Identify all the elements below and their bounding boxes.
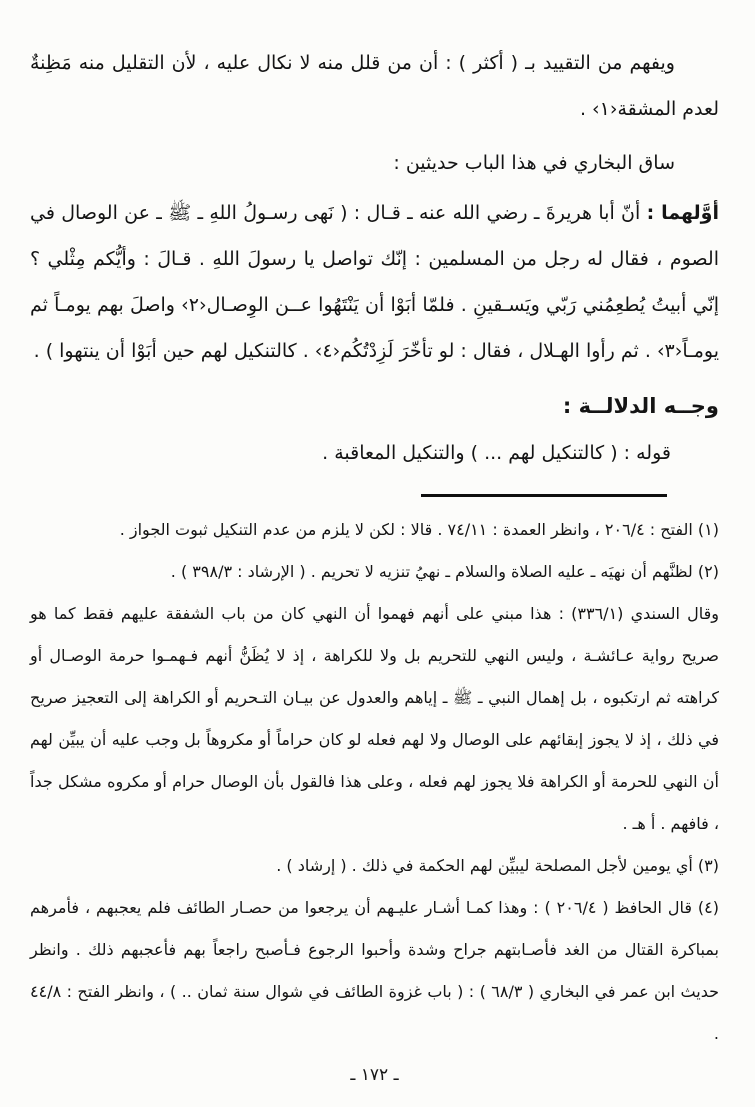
paragraph-dalalah: قوله : ( كالتنكيل لهم ... ) والتنكيل الم… bbox=[30, 430, 719, 476]
footnote-3: (٣) أي يومين لأجل المصلحة ليبيِّن لهم ال… bbox=[30, 845, 719, 887]
footnote-4-marker: (٤) bbox=[698, 898, 719, 917]
book-page: ويفهم من التقييد بـ ( أكثر ) : أن من قلل… bbox=[0, 0, 755, 1107]
main-text: ويفهم من التقييد بـ ( أكثر ) : أن من قلل… bbox=[30, 40, 719, 476]
footnote-sindi-text: وقال السندي (٣٣٦/١) : هذا مبني على أنهم … bbox=[30, 604, 719, 833]
footnote-2-marker: (٢) bbox=[698, 562, 719, 581]
footnote-2-text: لظنَّهم أن نهيَه ـ عليه الصلاة والسلام ـ… bbox=[171, 562, 693, 581]
footnote-separator-rule bbox=[421, 494, 667, 497]
hadith-lead-word: أوَّلهما : bbox=[647, 202, 719, 224]
footnote-2: (٢) لظنَّهم أن نهيَه ـ عليه الصلاة والسل… bbox=[30, 551, 719, 593]
footnote-3-marker: (٣) bbox=[698, 856, 719, 875]
footnote-1-text: الفتح : ٢٠٦/٤ ، وانظر العمدة : ٧٤/١١ . ق… bbox=[120, 520, 693, 539]
footnote-4: (٤) قال الحافظ ( ٢٠٦/٤ ) : وهذا كمـا أشـ… bbox=[30, 887, 719, 1055]
page-number: ـ ١٧٢ ـ bbox=[30, 1065, 719, 1085]
dalalah-heading: وجــه الدلالــة : bbox=[30, 384, 719, 428]
paragraph-chapter-intro: ساق البخاري في هذا الباب حديثين : bbox=[30, 140, 719, 186]
footnote-sindi-quote: وقال السندي (٣٣٦/١) : هذا مبني على أنهم … bbox=[30, 593, 719, 845]
paragraph-taqyid: ويفهم من التقييد بـ ( أكثر ) : أن من قلل… bbox=[30, 40, 719, 132]
hadith-body-text: أنّ أبا هريرةَ ـ رضي الله عنه ـ قـال : (… bbox=[30, 202, 719, 362]
paragraph-hadith: أوَّلهما : أنّ أبا هريرةَ ـ رضي الله عنه… bbox=[30, 190, 719, 374]
footnote-3-text: أي يومين لأجل المصلحة ليبيِّن لهم الحكمة… bbox=[276, 856, 693, 875]
footnote-1: (١) الفتح : ٢٠٦/٤ ، وانظر العمدة : ٧٤/١١… bbox=[30, 509, 719, 551]
footnote-4-text: قال الحافظ ( ٢٠٦/٤ ) : وهذا كمـا أشـار ع… bbox=[30, 898, 719, 1043]
footnotes-section: (١) الفتح : ٢٠٦/٤ ، وانظر العمدة : ٧٤/١١… bbox=[30, 509, 719, 1055]
footnote-1-marker: (١) bbox=[698, 520, 719, 539]
